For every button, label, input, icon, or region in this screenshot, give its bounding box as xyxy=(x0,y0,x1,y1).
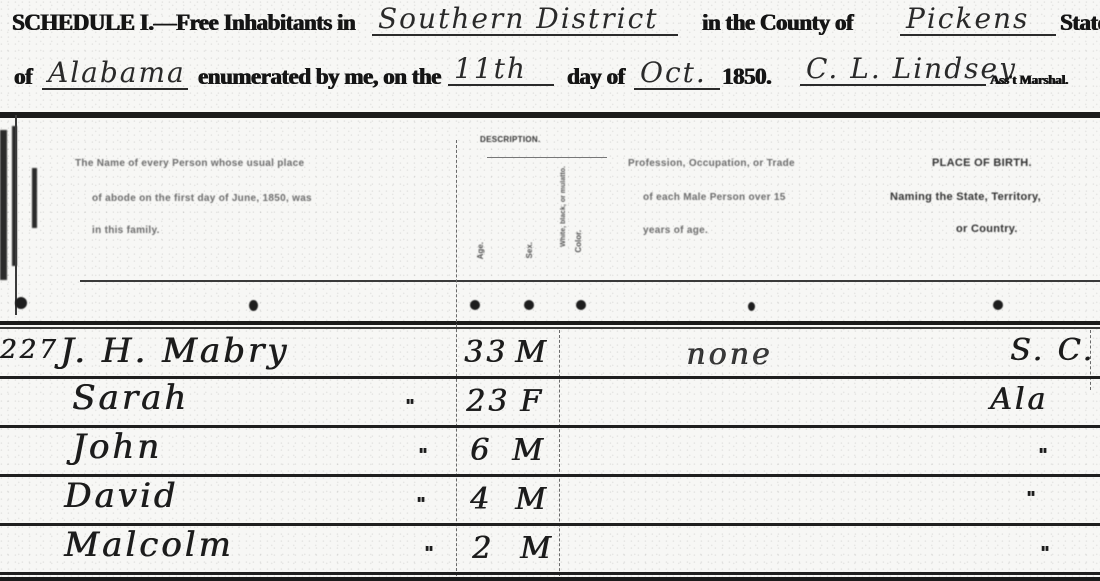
district-field: Southern District xyxy=(372,4,678,36)
of-label: of xyxy=(14,64,32,90)
occupation-header-line-3: years of age. xyxy=(643,225,708,236)
table-row: Malcolm " 2 M " xyxy=(0,529,1100,575)
row-rule xyxy=(0,572,1100,575)
heading-line-1: SCHEDULE I.—Free Inhabitants in Southern… xyxy=(0,0,1100,50)
age-value: 4 xyxy=(470,482,492,517)
person-name: Malcolm xyxy=(64,525,234,565)
data-top-rule xyxy=(0,321,1100,325)
bottom-rule xyxy=(0,577,1100,581)
name-header-line-3: in this family. xyxy=(92,225,160,236)
occupation-value: none xyxy=(686,337,772,372)
sex-label: Sex. xyxy=(525,242,534,258)
left-vertical-columns: Dwelling-houses numbered Families number… xyxy=(0,120,40,300)
state-field: Alabama xyxy=(42,58,188,90)
surname-ditto: " xyxy=(405,396,417,417)
county-field: Pickens xyxy=(900,4,1056,36)
color-label: Color. xyxy=(574,230,583,253)
family-column-label: Families numbered xyxy=(12,140,21,213)
top-rule xyxy=(0,112,1100,118)
occupation-header-line-2: of each Male Person over 15 xyxy=(643,192,786,203)
month-field: Oct. xyxy=(634,58,720,90)
birthplace-value: S. C. xyxy=(1010,333,1095,368)
person-name: Sarah xyxy=(72,378,189,418)
table-row: David " 4 M " xyxy=(0,480,1100,526)
description-underline xyxy=(487,157,607,158)
name-header-line-1: The Name of every Person whose usual pla… xyxy=(75,158,304,169)
sex-value: M xyxy=(515,482,549,517)
marshal-signature: C. L. Lindsey xyxy=(800,54,986,86)
birthplace-header-line-3: or Country. xyxy=(956,223,1018,235)
column-number-5: 5 xyxy=(524,300,534,310)
left-column-divider xyxy=(15,115,17,315)
occupation-header-line-1: Profession, Occupation, or Trade xyxy=(628,158,795,169)
table-row: 227 J. H. Mabry 33 M none S. C. xyxy=(0,333,1100,379)
age-value: 6 xyxy=(470,433,492,468)
person-name: John xyxy=(72,427,162,467)
day-of-label: day of xyxy=(567,64,625,90)
heading-line-2: of Alabama enumerated by me, on the 11th… xyxy=(0,54,1100,104)
sex-value: M xyxy=(515,335,549,370)
sex-value: M xyxy=(520,531,554,566)
census-page: SCHEDULE I.—Free Inhabitants in Southern… xyxy=(0,0,1100,581)
birthplace-value: " xyxy=(1038,445,1050,466)
age-value: 2 xyxy=(472,531,494,566)
day-field: 11th xyxy=(448,54,554,86)
schedule-label: SCHEDULE I.—Free Inhabitants in xyxy=(12,10,355,36)
surname-ditto: " xyxy=(424,543,436,564)
column-number-4: 4 xyxy=(470,300,480,310)
color-sublabel: White, black, or mulatto. xyxy=(560,166,567,247)
header-divider xyxy=(80,280,1100,282)
birthplace-header-line-2: Naming the State, Territory, xyxy=(890,191,1041,203)
column-number-6: 6 xyxy=(576,300,586,310)
surname-ditto: " xyxy=(416,494,428,515)
description-header: DESCRIPTION. xyxy=(480,135,541,144)
column-number-8: 8 xyxy=(993,300,1003,310)
birthplace-value: " xyxy=(1026,488,1038,509)
marshal-label: Ass't Marshal. xyxy=(990,72,1068,88)
birthplace-value: " xyxy=(1040,543,1052,564)
year-label: 1850. xyxy=(722,64,771,90)
sex-value: M xyxy=(512,433,546,468)
age-value: 23 xyxy=(466,384,510,419)
state-label: State xyxy=(1060,10,1100,36)
table-row: John " 6 M " xyxy=(0,431,1100,477)
birthplace-value: Ala xyxy=(990,382,1048,417)
person-name: David xyxy=(64,476,178,516)
column-number-3: 3 xyxy=(249,300,258,311)
sex-value: F xyxy=(520,384,544,419)
surname-ditto: " xyxy=(418,445,430,466)
column-number-7: 7 xyxy=(748,302,755,311)
age-value: 33 xyxy=(464,335,508,370)
dwelling-number: 227 xyxy=(0,335,59,365)
birthplace-header-line-1: PLACE OF BIRTH. xyxy=(932,157,1032,169)
table-row: Sarah " 23 F Ala xyxy=(0,382,1100,428)
person-name: J. H. Mabry xyxy=(60,331,289,371)
column-number-1: 1 xyxy=(15,297,27,309)
enumerated-label: enumerated by me, on the xyxy=(198,64,441,90)
dwelling-column-label: Dwelling-houses numbered xyxy=(0,140,9,244)
row-rule xyxy=(0,425,1100,428)
county-label: in the County of xyxy=(702,10,853,36)
data-top-rule-thin xyxy=(0,327,1100,329)
age-label: Age. xyxy=(476,242,485,259)
name-header-line-2: of abode on the first day of June, 1850,… xyxy=(92,193,312,204)
